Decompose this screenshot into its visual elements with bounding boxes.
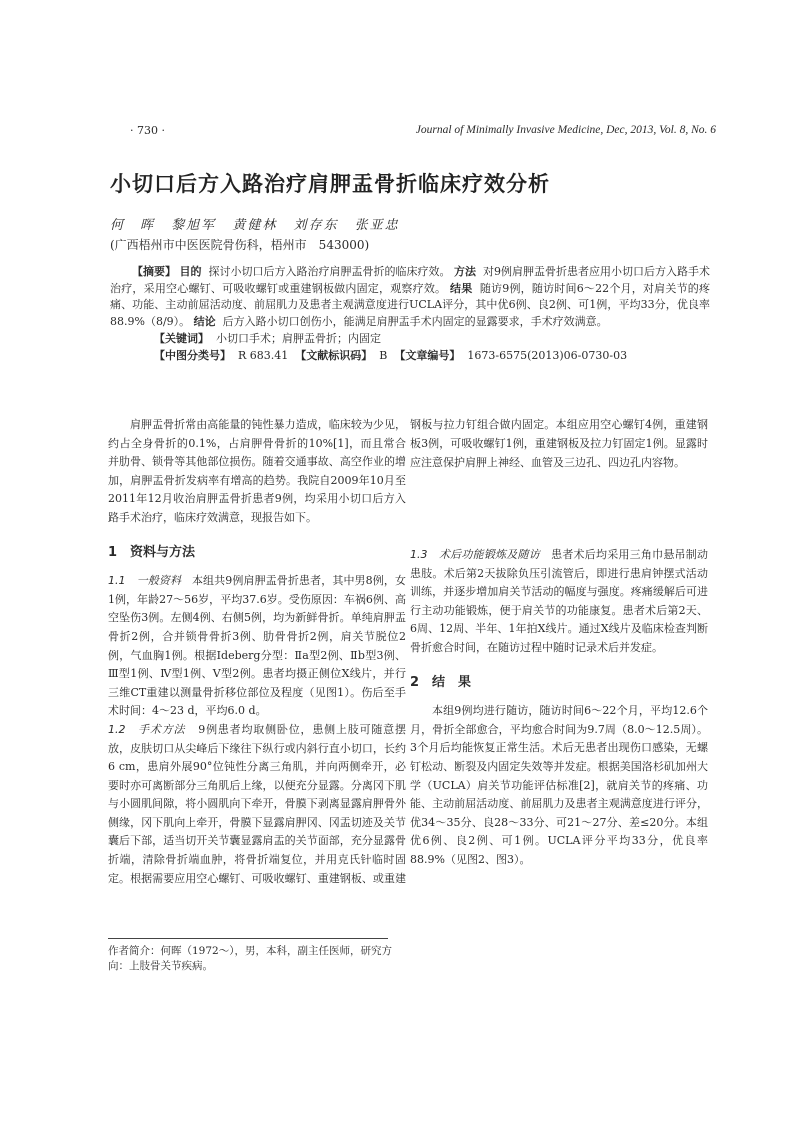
conclusion-text: 后方入路小切口创伤小，能满足肩胛盂手术内固定的显露要求，手术疗效满意。 xyxy=(223,315,608,328)
keywords-label: 【关键词】 xyxy=(154,332,209,345)
article-number-value: 1673-6575(2013)06-0730-03 xyxy=(467,349,627,362)
results-label: 结果 xyxy=(450,282,472,295)
author-list: 何 晖 黎旭军 黄健林 刘存东 张亚忠 xyxy=(110,214,410,233)
author: 何 晖 xyxy=(110,218,155,233)
section-heading-2: 2 结 果 xyxy=(410,674,708,693)
subsection-label: 1.3 术后功能锻炼及随访 xyxy=(410,548,540,561)
results-paragraph: 本组9例均进行随访，随访时间6～22个月，平均12.6个月，骨折全部愈合，平均愈… xyxy=(410,702,708,869)
article-title: 小切口后方入路治疗肩胛盂骨折临床疗效分析 xyxy=(110,168,550,198)
running-header: · 730 · Journal of Minimally Invasive Me… xyxy=(120,124,716,142)
doc-code-label: 【文献标识码】 xyxy=(295,349,372,362)
subsection-text: 本组共9例肩胛盂骨折患者，其中男8例，女1例，年龄27～56岁，平均37.6岁。… xyxy=(108,574,406,717)
author: 张亚忠 xyxy=(355,218,400,233)
keywords-text: 小切口手术；肩胛盂骨折；内固定 xyxy=(216,332,381,345)
section-1-3: 1.3 术后功能锻炼及随访 患者术后均采用三角巾悬吊制动患肢。术后第2天拔除负压… xyxy=(410,546,708,658)
footnote-divider xyxy=(108,938,388,939)
clc-value: R 683.41 xyxy=(238,349,288,362)
subsection-text: 患者术后均采用三角巾悬吊制动患肢。术后第2天拔除负压引流管后，即进行患肩钟摆式活… xyxy=(410,548,708,654)
classification: 【中图分类号】 R 683.41 【文献标识码】 B 【文章编号】 1673-6… xyxy=(110,347,710,364)
methods-label: 方法 xyxy=(454,265,476,278)
doc-code-value: B xyxy=(379,349,387,362)
clc-label: 【中图分类号】 xyxy=(154,349,231,362)
intro-paragraph: 肩胛盂骨折常由高能量的钝性暴力造成，临床较为少见，约占全身骨折的0.1%，占肩胛… xyxy=(108,416,406,528)
section-heading-1: 1 资料与方法 xyxy=(108,544,406,563)
author: 黄健林 xyxy=(232,218,277,233)
abstract-label: 【摘要】 xyxy=(132,265,176,278)
section-1-2-continued: 1.2 手术方法 9例患者均取侧卧位，患侧上肢可随意摆放，皮肤切口从尖峰后下缘往… xyxy=(410,416,708,546)
body-column-right: 1.2 手术方法 9例患者均取侧卧位，患侧上肢可随意摆放，皮肤切口从尖峰后下缘往… xyxy=(410,416,708,870)
objective-label: 目的 xyxy=(180,265,202,278)
objective-text: 探讨小切口后方入路治疗肩胛盂骨折的临床疗效。 xyxy=(209,265,451,278)
author: 刘存东 xyxy=(293,218,338,233)
journal-citation: Journal of Minimally Invasive Medicine, … xyxy=(416,124,716,136)
abstract: 【摘要】 目的 探讨小切口后方入路治疗肩胛盂骨折的临床疗效。 方法 对9例肩胛盂… xyxy=(110,264,710,364)
continued-text: 1.2 手术方法 9例患者均取侧卧位，患侧上肢可随意摆放，皮肤切口从尖峰后下缘往… xyxy=(410,416,708,472)
section-1-2: 1.2 手术方法 9例患者均取侧卧位，患侧上肢可随意摆放，皮肤切口从尖峰后下缘往… xyxy=(108,721,406,889)
author-footnote: 作者简介：何晖（1972～），男，本科，副主任医师，研究方向：上肢骨关节疾病。 xyxy=(108,944,398,974)
section-1-1: 1.1 一般资料 本组共9例肩胛盂骨折患者，其中男8例，女1例，年龄27～56岁… xyxy=(108,572,406,721)
affiliation: (广西梧州市中医医院骨伤科，梧州市 543000) xyxy=(110,236,369,253)
page-number: · 730 · xyxy=(130,124,165,137)
article-number-label: 【文章编号】 xyxy=(394,349,460,362)
subsection-text: 9例患者均取侧卧位，患侧上肢可随意摆放，皮肤切口从尖峰后下缘往下纵行或内斜行直小… xyxy=(108,723,406,889)
conclusion-label: 结论 xyxy=(194,315,216,328)
subsection-label: 1.1 一般资料 xyxy=(108,574,181,587)
subsection-label: 1.2 手术方法 xyxy=(108,723,185,736)
body-column-left: 肩胛盂骨折常由高能量的钝性暴力造成，临床较为少见，约占全身骨折的0.1%，占肩胛… xyxy=(108,416,406,889)
author: 黎旭军 xyxy=(171,218,216,233)
keywords: 【关键词】 小切口手术；肩胛盂骨折；内固定 xyxy=(110,330,710,347)
